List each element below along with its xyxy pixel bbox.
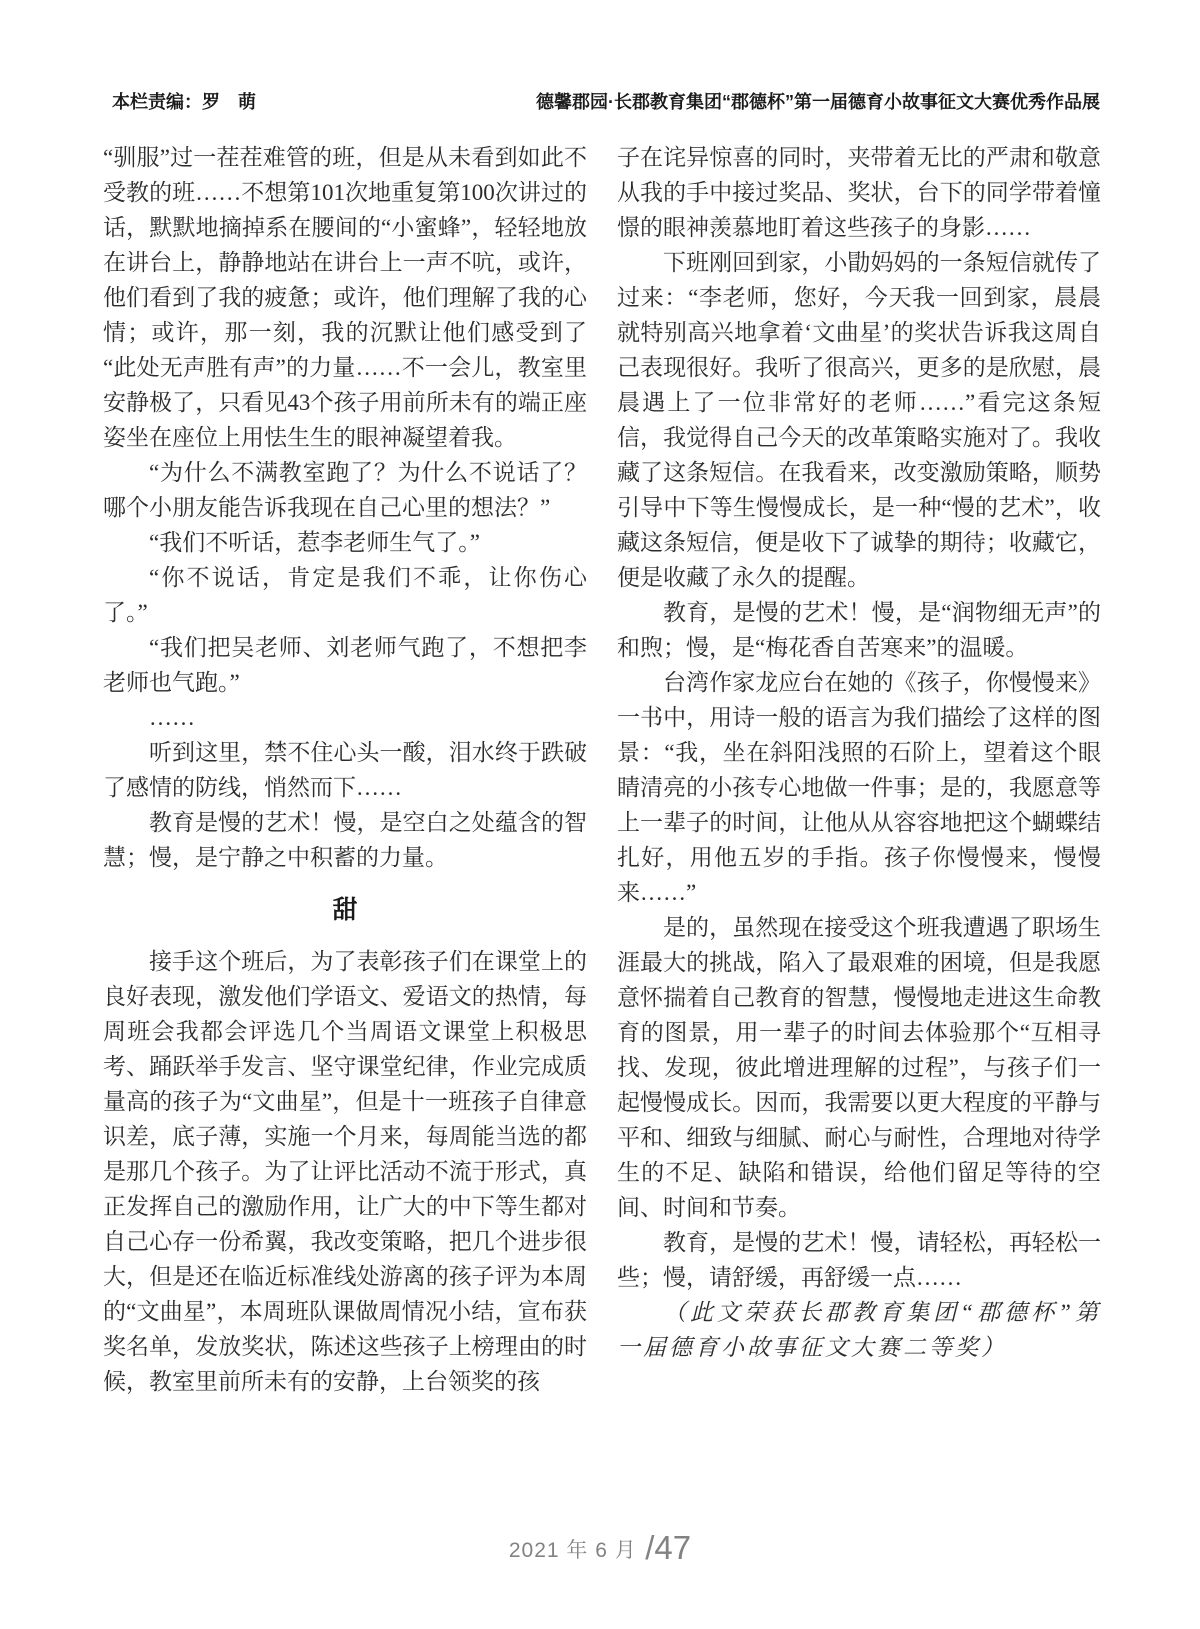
paragraph: ……	[103, 700, 587, 735]
paragraph: “我们不听话，惹李老师生气了。”	[103, 525, 587, 560]
right-column: 子在诧异惊喜的同时，夹带着无比的严肃和敬意从我的手中接过奖品、奖状，台下的同学带…	[617, 140, 1101, 1399]
paragraph: “我们把吴老师、刘老师气跑了，不想把李老师也气跑。”	[103, 630, 587, 700]
column-editor-label: 本栏责编：罗 萌	[112, 88, 256, 114]
page-number: /47	[645, 1529, 691, 1566]
header-banner: 德馨郡园·长郡教育集团“郡德杯”第一届德育小故事征文大赛优秀作品展	[536, 88, 1100, 114]
paragraph: 听到这里，禁不住心头一酸，泪水终于跌破了感情的防线，悄然而下……	[103, 735, 587, 805]
paragraph: 子在诧异惊喜的同时，夹带着无比的严肃和敬意从我的手中接过奖品、奖状，台下的同学带…	[617, 140, 1101, 245]
paragraph: “为什么不满教室跑了？为什么不说话了？哪个小朋友能告诉我现在自己心里的想法？”	[103, 455, 587, 525]
paragraph: 教育，是慢的艺术！慢，是“润物细无声”的和煦；慢，是“梅花香自苦寒来”的温暖。	[617, 595, 1101, 665]
award-note: （此文荣获长郡教育集团“郡德杯”第一届德育小故事征文大赛二等奖）	[617, 1295, 1101, 1365]
paragraph: 接手这个班后，为了表彰孩子们在课堂上的良好表现，激发他们学语文、爱语文的热情，每…	[103, 944, 587, 1399]
paragraph: “驯服”过一茬茬难管的班，但是从未看到如此不受教的班……不想第101次地重复第1…	[103, 140, 587, 455]
article-body: “驯服”过一茬茬难管的班，但是从未看到如此不受教的班……不想第101次地重复第1…	[103, 140, 1101, 1399]
paragraph: 教育是慢的艺术！慢，是空白之处蕴含的智慧；慢，是宁静之中积蓄的力量。	[103, 805, 587, 875]
page-footer: 2021 年 6 月 /47	[0, 1529, 1200, 1567]
section-heading: 甜	[103, 893, 587, 928]
paragraph: 教育，是慢的艺术！慢，请轻松，再轻松一些；慢，请舒缓，再舒缓一点……	[617, 1225, 1101, 1295]
page-header: 本栏责编：罗 萌 德馨郡园·长郡教育集团“郡德杯”第一届德育小故事征文大赛优秀作…	[112, 88, 1100, 114]
paragraph: “你不说话，肯定是我们不乖，让你伤心了。”	[103, 560, 587, 630]
paragraph: 是的，虽然现在接受这个班我遭遇了职场生涯最大的挑战，陷入了最艰难的困境，但是我愿…	[617, 910, 1101, 1225]
magazine-page: 本栏责编：罗 萌 德馨郡园·长郡教育集团“郡德杯”第一届德育小故事征文大赛优秀作…	[0, 0, 1200, 1629]
paragraph: 下班刚回到家，小勖妈妈的一条短信就传了过来：“李老师，您好，今天我一回到家，晨晨…	[617, 245, 1101, 595]
paragraph: 台湾作家龙应台在她的《孩子，你慢慢来》一书中，用诗一般的语言为我们描绘了这样的图…	[617, 665, 1101, 910]
issue-date: 2021 年 6 月	[509, 1539, 637, 1562]
left-column: “驯服”过一茬茬难管的班，但是从未看到如此不受教的班……不想第101次地重复第1…	[103, 140, 587, 1399]
